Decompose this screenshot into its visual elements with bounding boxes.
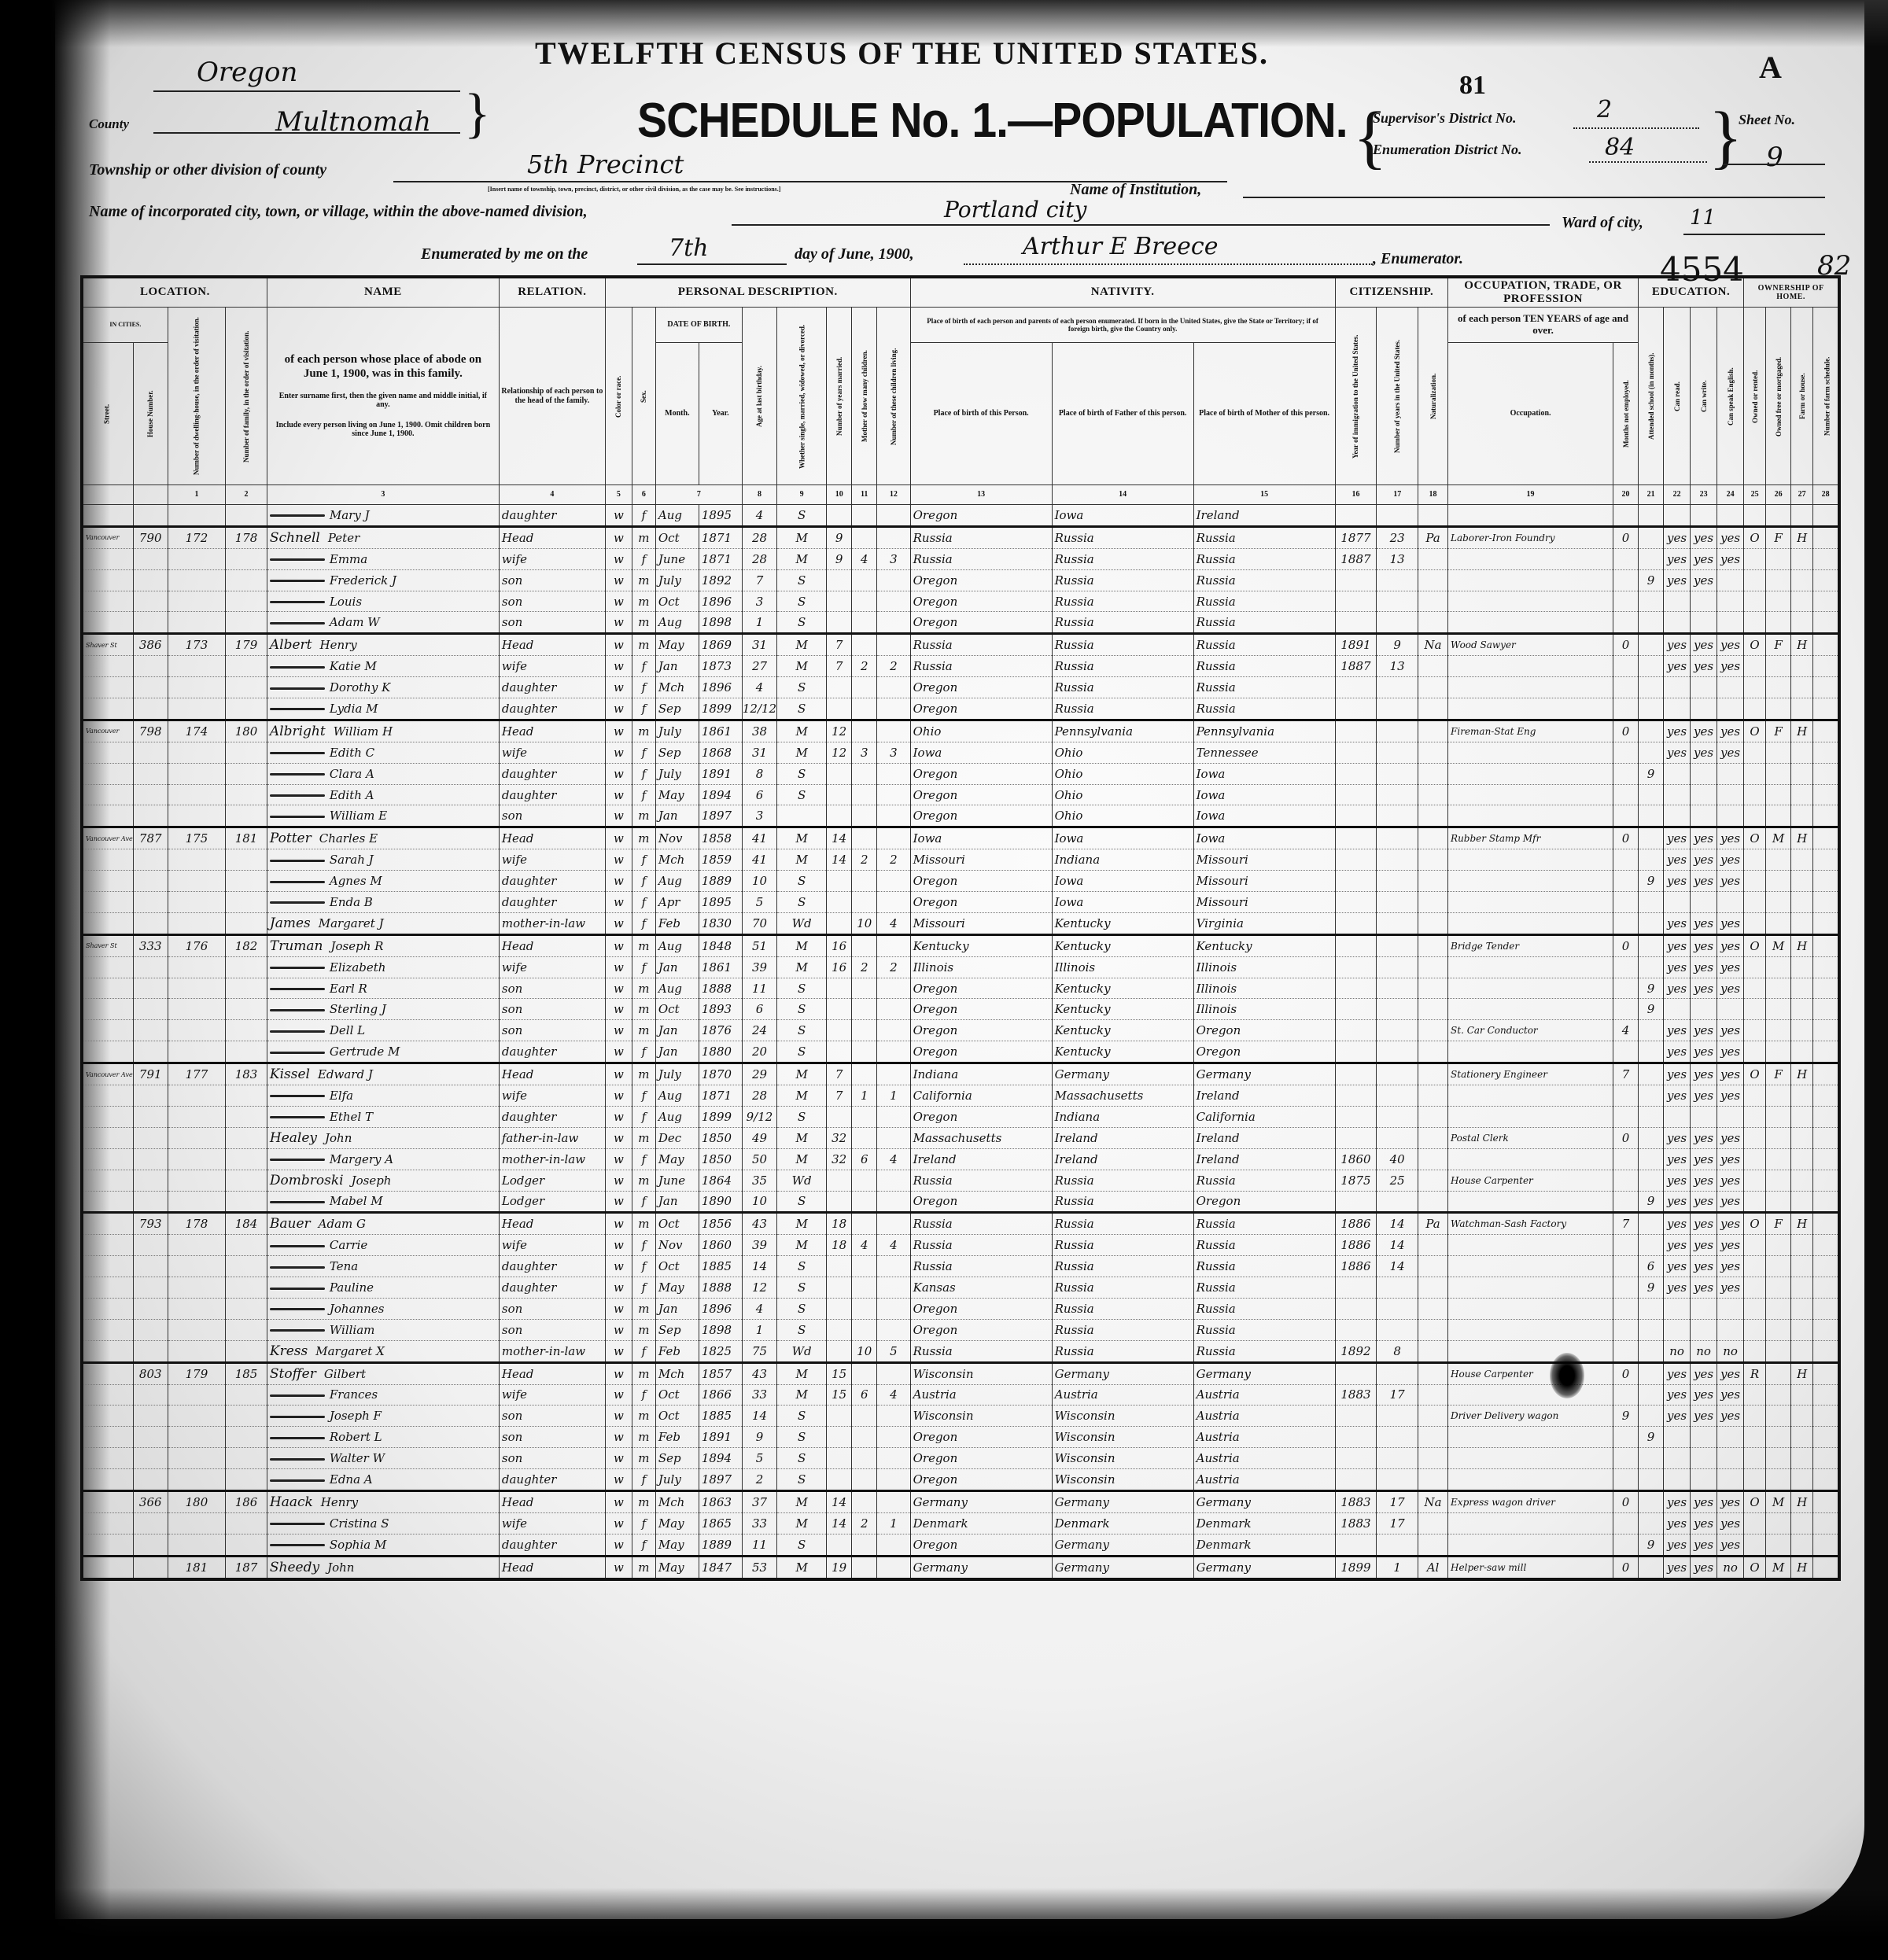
surname: Bauer — [270, 1216, 311, 1232]
marital-cell: S — [777, 1020, 827, 1041]
farm-schedule-cell — [1813, 1020, 1840, 1041]
years-in-us-cell: 25 — [1377, 1170, 1418, 1191]
marital-cell: M — [777, 1085, 827, 1107]
family-number-cell — [226, 1406, 267, 1427]
children-living-cell — [877, 720, 910, 742]
surname: James — [270, 916, 311, 931]
children-living-cell — [877, 1469, 910, 1491]
can-write-cell — [1691, 1319, 1717, 1340]
house-number-cell — [133, 1448, 168, 1469]
occupation-cell — [1448, 677, 1613, 698]
sex-cell: m — [632, 1362, 655, 1384]
col-attended-school: Attended school (in months). — [1639, 308, 1664, 485]
colnum: 28 — [1813, 485, 1840, 505]
age-cell: 6 — [742, 999, 776, 1020]
age-cell: 29 — [742, 1063, 776, 1085]
name-cell: Louis — [267, 591, 499, 612]
immigration-year-cell — [1335, 1085, 1377, 1107]
occupation-cell — [1448, 698, 1613, 720]
months-unemployed-cell — [1613, 1427, 1639, 1448]
color-cell: w — [605, 720, 632, 742]
father-birthplace-cell: Kentucky — [1052, 934, 1193, 956]
relation-cell: daughter — [499, 1534, 605, 1556]
can-read-cell: yes — [1664, 548, 1691, 569]
farm-schedule-cell — [1813, 1235, 1840, 1256]
census-row: ElfawifewfAug187128M711CaliforniaMassach… — [82, 1085, 1839, 1107]
immigration-year-cell — [1335, 505, 1377, 527]
can-read-cell — [1664, 763, 1691, 784]
birth-month-cell: Oct — [655, 999, 699, 1020]
marital-cell: M — [777, 934, 827, 956]
given-name: William H — [334, 724, 393, 739]
color-cell: w — [605, 656, 632, 677]
colnum: 2 — [226, 485, 267, 505]
farm-house-cell — [1791, 978, 1813, 999]
age-cell: 70 — [742, 912, 776, 934]
color-cell: w — [605, 956, 632, 978]
occupation-cell — [1448, 656, 1613, 677]
free-mortgaged-cell — [1766, 1235, 1791, 1256]
immigration-year-cell — [1335, 805, 1377, 827]
years-in-us-cell — [1377, 677, 1418, 698]
years-married-cell: 16 — [827, 934, 852, 956]
can-write-cell: yes — [1691, 1512, 1717, 1534]
farm-schedule-cell — [1813, 1362, 1840, 1384]
birthplace-cell: Oregon — [910, 763, 1052, 784]
family-number-cell — [226, 1319, 267, 1340]
sex-cell: f — [632, 1041, 655, 1063]
owned-rented-cell — [1744, 1020, 1766, 1041]
years-married-cell: 32 — [827, 1148, 852, 1170]
name-cell: SchnellPeter — [267, 526, 499, 548]
mother-of-cell — [852, 720, 877, 742]
occupation-cell — [1448, 1384, 1613, 1406]
family-number-cell — [226, 1469, 267, 1491]
immigration-year-cell — [1335, 1406, 1377, 1427]
can-read-cell — [1664, 999, 1691, 1020]
occupation-cell — [1448, 742, 1613, 763]
father-birthplace-cell: Russia — [1052, 698, 1193, 720]
mother-birthplace-cell: Ireland — [1193, 1085, 1335, 1107]
colnum: 8 — [742, 485, 776, 505]
mother-of-cell — [852, 1298, 877, 1319]
mother-of-cell — [852, 1448, 877, 1469]
school-cell — [1639, 912, 1664, 934]
mother-birthplace-cell: Austria — [1193, 1448, 1335, 1469]
farm-schedule-cell — [1813, 1319, 1840, 1340]
given-name: Earl R — [330, 982, 367, 996]
children-living-cell — [877, 1041, 910, 1063]
house-number-cell: 790 — [133, 526, 168, 548]
age-cell: 35 — [742, 1170, 776, 1191]
marital-cell: M — [777, 956, 827, 978]
given-name: Mabel M — [330, 1194, 383, 1208]
free-mortgaged-cell — [1766, 1256, 1791, 1277]
marital-cell: S — [777, 1534, 827, 1556]
dwelling-number-cell — [168, 1106, 225, 1127]
colnum: 21 — [1639, 485, 1664, 505]
years-married-cell — [827, 763, 852, 784]
house-number-cell — [133, 677, 168, 698]
children-living-cell — [877, 763, 910, 784]
dwelling-number-cell: 178 — [168, 1213, 225, 1235]
colnum: 12 — [877, 485, 910, 505]
mother-birthplace-cell: Ireland — [1193, 1127, 1335, 1148]
years-in-us-cell: 1 — [1377, 1556, 1418, 1579]
farm-house-cell — [1791, 1191, 1813, 1213]
children-living-cell: 1 — [877, 1085, 910, 1107]
census-row: EmmawifewfJune187128M943RussiaRussiaRuss… — [82, 548, 1839, 569]
birth-month-cell: Jan — [655, 1298, 699, 1319]
birthplace-cell: Missouri — [910, 849, 1052, 871]
color-cell: w — [605, 1235, 632, 1256]
color-cell: w — [605, 1512, 632, 1534]
name-cell: Agnes M — [267, 871, 499, 892]
years-married-cell — [827, 612, 852, 634]
name-cell: KressMargaret X — [267, 1340, 499, 1362]
father-birthplace-cell: Russia — [1052, 569, 1193, 591]
birthplace-cell: Oregon — [910, 677, 1052, 698]
owned-rented-cell — [1744, 805, 1766, 827]
census-row: Walter WsonwmSep18945SOregonWisconsinAus… — [82, 1448, 1839, 1469]
free-mortgaged-cell — [1766, 978, 1791, 999]
dwelling-number-cell — [168, 1534, 225, 1556]
naturalization-cell — [1418, 999, 1448, 1020]
years-in-us-cell — [1377, 1277, 1418, 1299]
farm-schedule-cell — [1813, 934, 1840, 956]
mother-birthplace-cell: Illinois — [1193, 978, 1335, 999]
census-row: William EsonwmJan18973OregonOhioIowa — [82, 805, 1839, 827]
colnum: 9 — [777, 485, 827, 505]
family-number-cell — [226, 1020, 267, 1041]
colnum: 16 — [1335, 485, 1377, 505]
marital-cell: S — [777, 698, 827, 720]
mother-birthplace-cell: Illinois — [1193, 999, 1335, 1020]
years-married-cell: 14 — [827, 849, 852, 871]
speaks-english-cell: yes — [1717, 934, 1744, 956]
enumeration-value: 84 — [1605, 134, 1635, 161]
birth-month-cell: July — [655, 763, 699, 784]
birth-year-cell: 1897 — [699, 1469, 742, 1491]
owned-rented-cell — [1744, 677, 1766, 698]
mother-of-cell — [852, 763, 877, 784]
occupation-cell — [1448, 591, 1613, 612]
supervisor-label: Supervisor's District No. — [1373, 110, 1517, 127]
school-cell — [1639, 1148, 1664, 1170]
birth-year-cell: 1899 — [699, 1106, 742, 1127]
colnum: 1 — [168, 485, 225, 505]
immigration-year-cell — [1335, 591, 1377, 612]
school-cell — [1639, 1469, 1664, 1491]
free-mortgaged-cell — [1766, 999, 1791, 1020]
house-number-cell — [133, 912, 168, 934]
birth-year-cell: 1885 — [699, 1256, 742, 1277]
enumerated-day-line — [637, 263, 787, 265]
mother-of-cell — [852, 1427, 877, 1448]
father-birthplace-cell: Kentucky — [1052, 1020, 1193, 1041]
name-cell: HaackHenry — [267, 1490, 499, 1512]
street-cell — [82, 1448, 133, 1469]
township-value: 5th Precinct — [527, 149, 684, 179]
census-row: Mary JdaughterwfAug18954SOregonIowaIrela… — [82, 505, 1839, 527]
children-living-cell — [877, 1213, 910, 1235]
free-mortgaged-cell — [1766, 548, 1791, 569]
years-in-us-cell — [1377, 569, 1418, 591]
months-unemployed-cell — [1613, 742, 1639, 763]
enumeration-line — [1589, 161, 1707, 163]
birthplace-cell: Massachusetts — [910, 1127, 1052, 1148]
occupation-cell — [1448, 956, 1613, 978]
surname: Healey — [270, 1130, 317, 1146]
birth-month-cell: Jan — [655, 1041, 699, 1063]
age-cell: 5 — [742, 1448, 776, 1469]
birth-year-cell: 1898 — [699, 612, 742, 634]
can-read-cell: yes — [1664, 1256, 1691, 1277]
can-write-cell: yes — [1691, 1020, 1717, 1041]
relation-description: Relationship of each person to the head … — [499, 308, 605, 485]
mother-of-cell — [852, 1041, 877, 1063]
age-cell: 27 — [742, 656, 776, 677]
color-cell: w — [605, 763, 632, 784]
farm-schedule-cell — [1813, 591, 1840, 612]
farm-house-cell — [1791, 1512, 1813, 1534]
color-cell: w — [605, 849, 632, 871]
years-in-us-cell — [1377, 1427, 1418, 1448]
mother-birthplace-cell: California — [1193, 1106, 1335, 1127]
can-write-cell: yes — [1691, 1127, 1717, 1148]
years-married-cell — [827, 1277, 852, 1299]
relation-cell: daughter — [499, 1041, 605, 1063]
farm-house-cell — [1791, 1020, 1813, 1041]
colnum: 4 — [499, 485, 605, 505]
mother-birthplace-cell: Russia — [1193, 656, 1335, 677]
farm-house-cell — [1791, 1319, 1813, 1340]
census-row: Enda BdaughterwfApr18955SOregonIowaMisso… — [82, 892, 1839, 913]
name-desc: of each person whose place of abode on J… — [272, 353, 494, 381]
months-unemployed-cell — [1613, 1298, 1639, 1319]
months-unemployed-cell: 4 — [1613, 1020, 1639, 1041]
birth-month-cell: Mch — [655, 677, 699, 698]
name-cell: Earl R — [267, 978, 499, 999]
house-number-cell — [133, 698, 168, 720]
immigration-year-cell — [1335, 892, 1377, 913]
can-read-cell — [1664, 892, 1691, 913]
birth-year-cell: 1873 — [699, 656, 742, 677]
census-row: Lydia MdaughterwfSep189912/12SOregonRuss… — [82, 698, 1839, 720]
years-in-us-cell — [1377, 871, 1418, 892]
years-married-cell — [827, 1020, 852, 1041]
naturalization-cell: Al — [1418, 1556, 1448, 1579]
occupation-cell — [1448, 1319, 1613, 1340]
relation-cell: wife — [499, 656, 605, 677]
township-instruction: [Insert name of township, town, precinct… — [488, 186, 780, 193]
father-birthplace-cell: Wisconsin — [1052, 1427, 1193, 1448]
naturalization-cell — [1418, 978, 1448, 999]
owned-rented-cell — [1744, 1085, 1766, 1107]
occupation-cell: Driver Delivery wagon — [1448, 1406, 1613, 1427]
occupation-cell — [1448, 1148, 1613, 1170]
relation-cell: daughter — [499, 1256, 605, 1277]
census-row: Shaver St386173179AlbertHenryHeadwmMay18… — [82, 634, 1839, 656]
father-birthplace-cell: Iowa — [1052, 827, 1193, 849]
city-line — [732, 224, 1550, 226]
immigration-year-cell — [1335, 784, 1377, 805]
father-birthplace-cell: Russia — [1052, 1256, 1193, 1277]
can-read-cell: yes — [1664, 1041, 1691, 1063]
naturalization-cell — [1418, 1534, 1448, 1556]
immigration-year-cell — [1335, 677, 1377, 698]
given-name: Joseph F — [330, 1409, 382, 1423]
immigration-year-cell — [1335, 978, 1377, 999]
father-birthplace-cell: Massachusetts — [1052, 1085, 1193, 1107]
birthplace-cell: Oregon — [910, 978, 1052, 999]
school-cell — [1639, 892, 1664, 913]
house-number-cell — [133, 1319, 168, 1340]
birth-year-cell: 1863 — [699, 1490, 742, 1512]
years-in-us-cell: 14 — [1377, 1256, 1418, 1277]
farm-house-cell: H — [1791, 526, 1813, 548]
given-name: Elizabeth — [330, 960, 386, 974]
name-cell: JamesMargaret J — [267, 912, 499, 934]
ditto-dash — [270, 773, 325, 776]
immigration-year-cell — [1335, 849, 1377, 871]
marital-cell: M — [777, 1362, 827, 1384]
family-number-cell — [226, 1277, 267, 1299]
enumerator-line — [964, 263, 1373, 265]
naturalization-cell: Na — [1418, 1490, 1448, 1512]
naturalization-cell — [1418, 1148, 1448, 1170]
occupation-cell: House Carpenter — [1448, 1170, 1613, 1191]
mother-of-cell: 10 — [852, 1340, 877, 1362]
school-cell: 9 — [1639, 763, 1664, 784]
street-cell: Vancouver Ave — [82, 1063, 133, 1085]
months-unemployed-cell — [1613, 1041, 1639, 1063]
dwelling-number-cell — [168, 1085, 225, 1107]
school-cell: 9 — [1639, 978, 1664, 999]
marital-cell: S — [777, 1469, 827, 1491]
immigration-year-cell — [1335, 1534, 1377, 1556]
school-cell — [1639, 548, 1664, 569]
relation-cell: Head — [499, 934, 605, 956]
months-unemployed-cell — [1613, 849, 1639, 871]
mother-birthplace-cell: Russia — [1193, 1213, 1335, 1235]
brace-district-right: } — [1709, 102, 1742, 173]
township-label: Township or other division of county — [89, 161, 326, 179]
can-read-cell: yes — [1664, 720, 1691, 742]
colnum: 14 — [1052, 485, 1193, 505]
ditto-dash — [270, 1308, 325, 1310]
birth-year-cell: 1888 — [699, 978, 742, 999]
father-birthplace-cell: Ireland — [1052, 1127, 1193, 1148]
months-unemployed-cell — [1613, 1319, 1639, 1340]
relation-cell: mother-in-law — [499, 912, 605, 934]
relation-cell: son — [499, 569, 605, 591]
relation-cell: son — [499, 1319, 605, 1340]
immigration-year-cell — [1335, 698, 1377, 720]
years-in-us-cell — [1377, 612, 1418, 634]
farm-schedule-cell — [1813, 1298, 1840, 1319]
age-cell: 75 — [742, 1340, 776, 1362]
farm-schedule-cell — [1813, 827, 1840, 849]
months-unemployed-cell — [1613, 1469, 1639, 1491]
naturalization-cell — [1418, 1277, 1448, 1299]
relation-cell: wife — [499, 1384, 605, 1406]
father-birthplace-cell: Russia — [1052, 1170, 1193, 1191]
color-cell: w — [605, 698, 632, 720]
years-in-us-cell: 8 — [1377, 1340, 1418, 1362]
school-cell — [1639, 505, 1664, 527]
can-read-cell: yes — [1664, 1235, 1691, 1256]
birthplace-cell: Oregon — [910, 999, 1052, 1020]
naturalization-cell — [1418, 1085, 1448, 1107]
color-cell: w — [605, 912, 632, 934]
children-living-cell — [877, 1063, 910, 1085]
census-row: Vancouver798174180AlbrightWilliam HHeadw… — [82, 720, 1839, 742]
speaks-english-cell: yes — [1717, 1170, 1744, 1191]
street-cell — [82, 805, 133, 827]
occupation-cell — [1448, 978, 1613, 999]
free-mortgaged-cell — [1766, 505, 1791, 527]
color-cell: w — [605, 1127, 632, 1148]
given-name: Johannes — [330, 1302, 385, 1316]
years-in-us-cell — [1377, 934, 1418, 956]
enumerated-day: 7th — [669, 234, 708, 262]
census-row: PaulinedaughterwfMay188812SKansasRussiaR… — [82, 1277, 1839, 1299]
family-number-cell — [226, 1191, 267, 1213]
colnum: 11 — [852, 485, 877, 505]
father-birthplace-cell: Russia — [1052, 634, 1193, 656]
ditto-dash — [270, 1245, 325, 1247]
sex-cell: f — [632, 912, 655, 934]
family-number-cell — [226, 1298, 267, 1319]
sex-cell: f — [632, 1085, 655, 1107]
dwelling-number-cell — [168, 505, 225, 527]
colnum: 5 — [605, 485, 632, 505]
house-number-cell — [133, 1406, 168, 1427]
family-number-cell — [226, 999, 267, 1020]
sex-cell: f — [632, 1277, 655, 1299]
speaks-english-cell — [1717, 763, 1744, 784]
house-number-cell — [133, 1384, 168, 1406]
age-cell: 4 — [742, 677, 776, 698]
naturalization-cell — [1418, 871, 1448, 892]
sex-cell: m — [632, 934, 655, 956]
father-birthplace-cell: Russia — [1052, 677, 1193, 698]
mother-of-cell — [852, 978, 877, 999]
sex-cell: m — [632, 827, 655, 849]
census-row: CarriewifewfNov186039M1844RussiaRussiaRu… — [82, 1235, 1839, 1256]
months-unemployed-cell — [1613, 1170, 1639, 1191]
years-married-cell: 9 — [827, 526, 852, 548]
mother-of-cell — [852, 634, 877, 656]
color-cell: w — [605, 1427, 632, 1448]
marital-cell: S — [777, 591, 827, 612]
dwelling-number-cell — [168, 1512, 225, 1534]
sex-cell: f — [632, 1340, 655, 1362]
scan-shadow-bottom — [0, 1888, 1888, 1960]
farm-house-cell — [1791, 505, 1813, 527]
can-read-cell: yes — [1664, 1512, 1691, 1534]
speaks-english-cell: yes — [1717, 956, 1744, 978]
years-married-cell — [827, 1191, 852, 1213]
free-mortgaged-cell — [1766, 1534, 1791, 1556]
enumerator-name: Arthur E Breece — [1023, 233, 1218, 260]
house-number-cell — [133, 1106, 168, 1127]
age-cell: 6 — [742, 784, 776, 805]
school-cell — [1639, 1041, 1664, 1063]
given-name: Lydia M — [330, 702, 378, 716]
colnum: 3 — [267, 485, 499, 505]
